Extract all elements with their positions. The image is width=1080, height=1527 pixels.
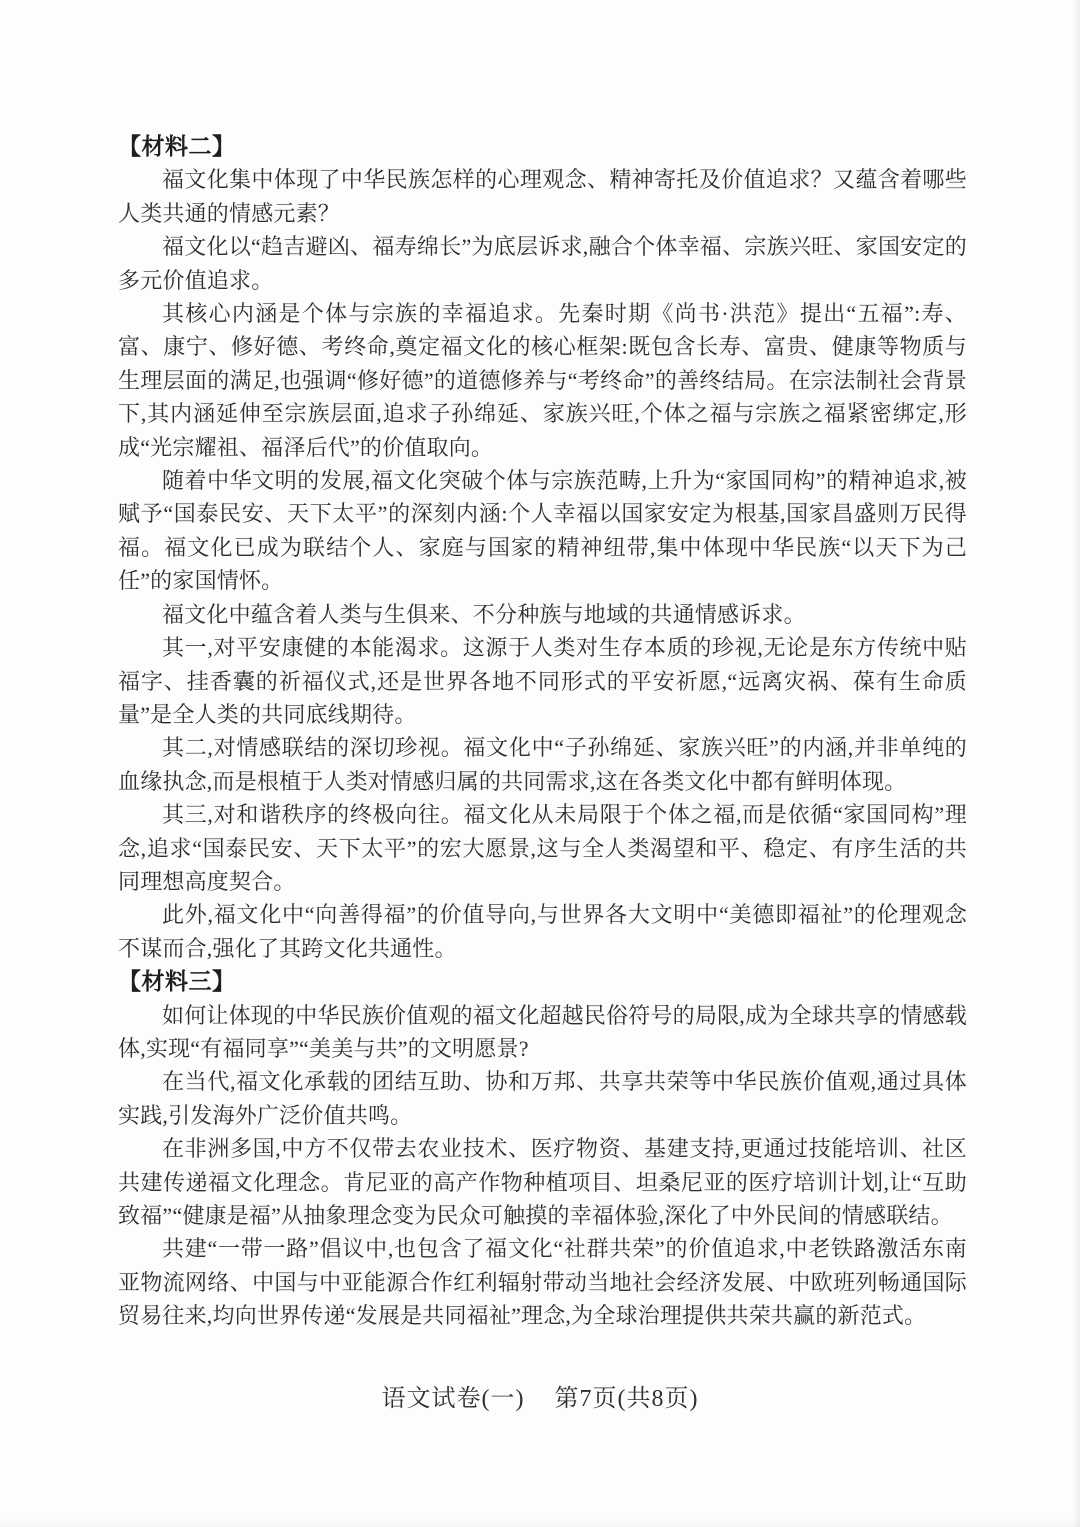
paragraph: 此外,福文化中“向善得福”的价值导向,与世界各大文明中“美德即福祉”的伦理观念不… [118,898,967,965]
material-2-heading: 【材料二】 [118,130,967,163]
paragraph: 共建“一带一路”倡议中,也包含了福文化“社群共荣”的价值追求,中老铁路激活东南亚… [118,1232,967,1332]
material-3-heading: 【材料三】 [118,965,967,998]
scan-artifact-bottom-edge [0,1517,1080,1527]
page-footer: 语文试卷(一)第7页(共8页) [0,1378,1080,1413]
paragraph: 如何让体现的中华民族价值观的福文化超越民俗符号的局限,成为全球共享的情感载体,实… [118,999,967,1066]
paragraph: 其二,对情感联结的深切珍视。福文化中“子孙绵延、家族兴旺”的内涵,并非单纯的血缘… [118,731,967,798]
paragraph: 福文化以“趋吉避凶、福寿绵长”为底层诉求,融合个体幸福、宗族兴旺、家国安定的多元… [118,230,967,297]
paragraph: 随着中华文明的发展,福文化突破个体与宗族范畴,上升为“家国同构”的精神追求,被赋… [118,464,967,598]
paragraph: 其一,对平安康健的本能渴求。这源于人类对生存本质的珍视,无论是东方传统中贴福字、… [118,631,967,731]
paragraph: 其三,对和谐秩序的终极向往。福文化从未局限于个体之福,而是依循“家国同构”理念,… [118,798,967,898]
scan-artifact-right-edge [1072,0,1080,1527]
document-body: 【材料二】 福文化集中体现了中华民族怎样的心理观念、精神寄托及价值追求？又蕴含着… [118,130,967,1333]
paragraph: 其核心内涵是个体与宗族的幸福追求。先秦时期《尚书·洪范》提出“五福”:寿、富、康… [118,297,967,464]
paragraph: 福文化集中体现了中华民族怎样的心理观念、精神寄托及价值追求？又蕴含着哪些人类共通… [118,163,967,230]
exam-paper-page: 【材料二】 福文化集中体现了中华民族怎样的心理观念、精神寄托及价值追求？又蕴含着… [0,0,1080,1527]
paragraph: 在当代,福文化承载的团结互助、协和万邦、共享共荣等中华民族价值观,通过具体实践,… [118,1065,967,1132]
page-number-indicator: 第7页(共8页) [555,1386,699,1412]
paragraph: 在非洲多国,中方不仅带去农业技术、医疗物资、基建支持,更通过技能培训、社区共建传… [118,1132,967,1232]
paper-title: 语文试卷(一) [382,1386,525,1412]
paragraph: 福文化中蕴含着人类与生俱来、不分种族与地域的共通情感诉求。 [118,598,967,631]
